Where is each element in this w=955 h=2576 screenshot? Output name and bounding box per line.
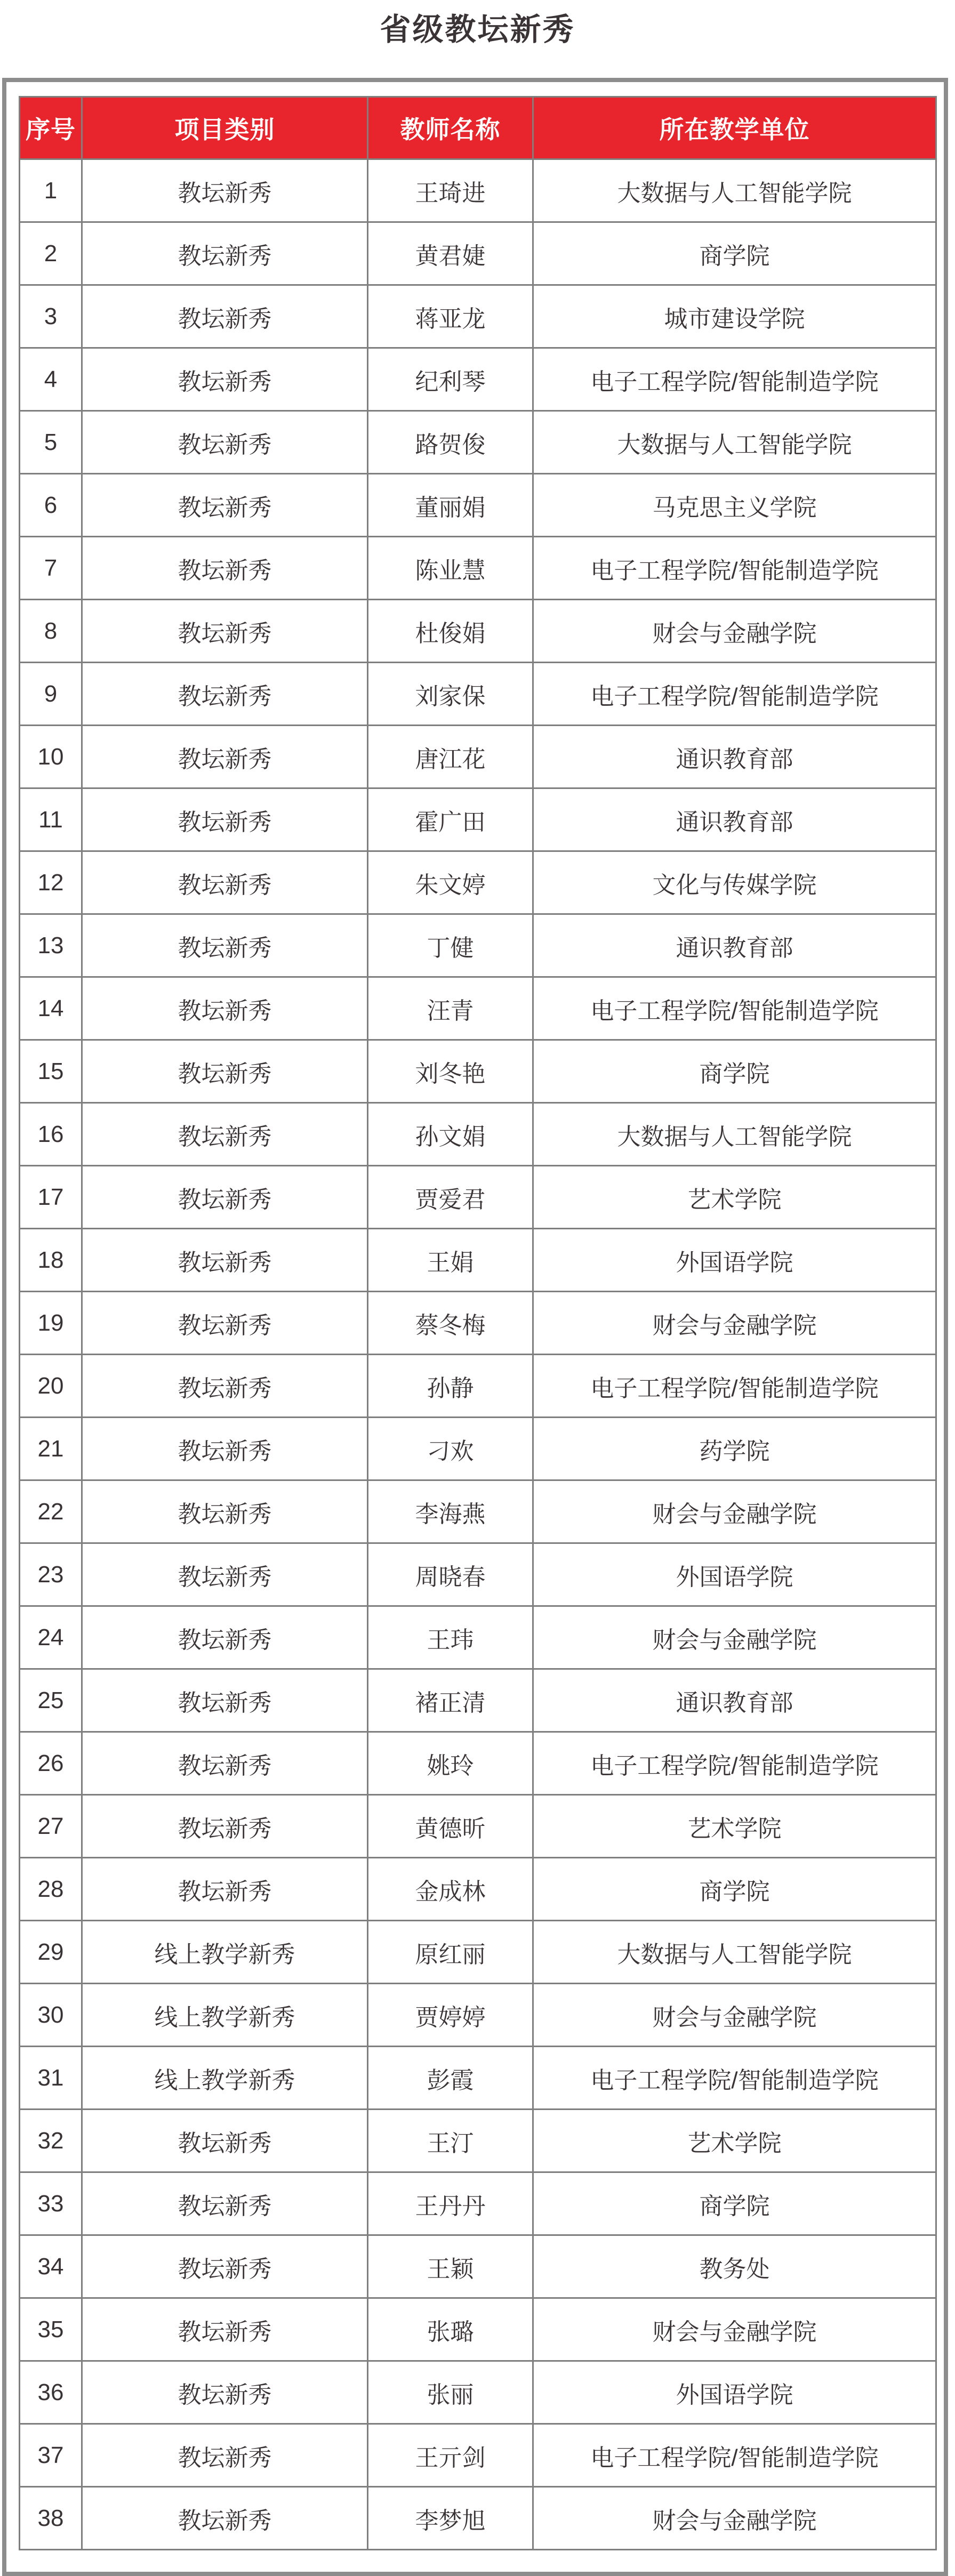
cell-category: 教坛新秀 xyxy=(82,537,368,600)
cell-unit: 电子工程学院/智能制造学院 xyxy=(533,977,936,1040)
cell-name: 贾婷婷 xyxy=(368,1984,533,2047)
cell-name: 刘冬艳 xyxy=(368,1040,533,1103)
table-row: 11 教坛新秀 霍广田 通识教育部 xyxy=(20,788,936,851)
cell-serial: 35 xyxy=(20,2298,82,2361)
table-body: 1 教坛新秀 王琦进 大数据与人工智能学院 2 教坛新秀 黄君婕 商学院 3 教… xyxy=(20,159,936,2550)
cell-unit: 通识教育部 xyxy=(533,726,936,788)
cell-unit: 商学院 xyxy=(533,2172,936,2235)
cell-name: 蒋亚龙 xyxy=(368,285,533,348)
cell-serial: 6 xyxy=(20,474,82,537)
cell-unit: 财会与金融学院 xyxy=(533,2298,936,2361)
table-row: 31 线上教学新秀 彭霞 电子工程学院/智能制造学院 xyxy=(20,2047,936,2110)
cell-serial: 9 xyxy=(20,663,82,726)
cell-unit: 财会与金融学院 xyxy=(533,1984,936,2047)
cell-unit: 电子工程学院/智能制造学院 xyxy=(533,348,936,411)
cell-name: 张丽 xyxy=(368,2361,533,2424)
cell-name: 王玮 xyxy=(368,1606,533,1669)
cell-name: 丁健 xyxy=(368,914,533,977)
cell-unit: 财会与金融学院 xyxy=(533,1480,936,1543)
cell-category: 教坛新秀 xyxy=(82,1480,368,1543)
cell-serial: 16 xyxy=(20,1103,82,1166)
cell-serial: 24 xyxy=(20,1606,82,1669)
cell-name: 褚正清 xyxy=(368,1669,533,1732)
cell-category: 教坛新秀 xyxy=(82,977,368,1040)
cell-name: 王亓剑 xyxy=(368,2424,533,2487)
cell-serial: 1 xyxy=(20,159,82,222)
cell-serial: 4 xyxy=(20,348,82,411)
cell-name: 陈业慧 xyxy=(368,537,533,600)
cell-category: 教坛新秀 xyxy=(82,1795,368,1858)
cell-unit: 电子工程学院/智能制造学院 xyxy=(533,2047,936,2110)
cell-serial: 27 xyxy=(20,1795,82,1858)
cell-name: 孙静 xyxy=(368,1355,533,1418)
cell-category: 教坛新秀 xyxy=(82,1732,368,1795)
cell-name: 黄德昕 xyxy=(368,1795,533,1858)
cell-serial: 14 xyxy=(20,977,82,1040)
table-header: 序号 项目类别 教师名称 所在教学单位 xyxy=(20,97,936,159)
table-row: 24 教坛新秀 王玮 财会与金融学院 xyxy=(20,1606,936,1669)
cell-unit: 大数据与人工智能学院 xyxy=(533,159,936,222)
cell-name: 李梦旭 xyxy=(368,2487,533,2550)
cell-unit: 大数据与人工智能学院 xyxy=(533,1921,936,1984)
cell-serial: 26 xyxy=(20,1732,82,1795)
cell-category: 教坛新秀 xyxy=(82,2172,368,2235)
cell-category: 教坛新秀 xyxy=(82,600,368,663)
cell-unit: 外国语学院 xyxy=(533,1543,936,1606)
cell-name: 刘家保 xyxy=(368,663,533,726)
cell-unit: 艺术学院 xyxy=(533,1166,936,1229)
cell-unit: 商学院 xyxy=(533,222,936,285)
cell-category: 线上教学新秀 xyxy=(82,1921,368,1984)
table-row: 37 教坛新秀 王亓剑 电子工程学院/智能制造学院 xyxy=(20,2424,936,2487)
cell-name: 霍广田 xyxy=(368,788,533,851)
cell-unit: 大数据与人工智能学院 xyxy=(533,1103,936,1166)
cell-serial: 19 xyxy=(20,1292,82,1355)
cell-serial: 31 xyxy=(20,2047,82,2110)
table-row: 27 教坛新秀 黄德昕 艺术学院 xyxy=(20,1795,936,1858)
table-row: 26 教坛新秀 姚玲 电子工程学院/智能制造学院 xyxy=(20,1732,936,1795)
table-row: 17 教坛新秀 贾爱君 艺术学院 xyxy=(20,1166,936,1229)
cell-name: 路贺俊 xyxy=(368,411,533,474)
header-cell-no: 序号 xyxy=(20,97,82,159)
table-row: 12 教坛新秀 朱文婷 文化与传媒学院 xyxy=(20,851,936,914)
cell-serial: 15 xyxy=(20,1040,82,1103)
cell-serial: 34 xyxy=(20,2235,82,2298)
cell-serial: 17 xyxy=(20,1166,82,1229)
table-row: 16 教坛新秀 孙文娟 大数据与人工智能学院 xyxy=(20,1103,936,1166)
table-row: 2 教坛新秀 黄君婕 商学院 xyxy=(20,222,936,285)
table-row: 14 教坛新秀 汪青 电子工程学院/智能制造学院 xyxy=(20,977,936,1040)
cell-serial: 3 xyxy=(20,285,82,348)
table-row: 7 教坛新秀 陈业慧 电子工程学院/智能制造学院 xyxy=(20,537,936,600)
table-row: 13 教坛新秀 丁健 通识教育部 xyxy=(20,914,936,977)
cell-unit: 电子工程学院/智能制造学院 xyxy=(533,663,936,726)
cell-name: 杜俊娟 xyxy=(368,600,533,663)
cell-category: 线上教学新秀 xyxy=(82,2047,368,2110)
header-row: 序号 项目类别 教师名称 所在教学单位 xyxy=(20,97,936,159)
cell-category: 教坛新秀 xyxy=(82,1166,368,1229)
cell-unit: 电子工程学院/智能制造学院 xyxy=(533,1355,936,1418)
cell-name: 彭霞 xyxy=(368,2047,533,2110)
cell-category: 教坛新秀 xyxy=(82,2361,368,2424)
table-row: 20 教坛新秀 孙静 电子工程学院/智能制造学院 xyxy=(20,1355,936,1418)
page: 省级教坛新秀 序号 项目类别 教师名称 所在教学单位 1 教坛新秀 王琦进 大数… xyxy=(0,0,955,2576)
cell-name: 纪利琴 xyxy=(368,348,533,411)
table-row: 19 教坛新秀 蔡冬梅 财会与金融学院 xyxy=(20,1292,936,1355)
cell-serial: 30 xyxy=(20,1984,82,2047)
header-cell-category: 项目类别 xyxy=(82,97,368,159)
cell-category: 教坛新秀 xyxy=(82,1669,368,1732)
cell-category: 教坛新秀 xyxy=(82,1229,368,1292)
cell-name: 周晓春 xyxy=(368,1543,533,1606)
header-cell-name: 教师名称 xyxy=(368,97,533,159)
table-row: 22 教坛新秀 李海燕 财会与金融学院 xyxy=(20,1480,936,1543)
cell-name: 张璐 xyxy=(368,2298,533,2361)
cell-name: 汪青 xyxy=(368,977,533,1040)
cell-name: 姚玲 xyxy=(368,1732,533,1795)
cell-category: 教坛新秀 xyxy=(82,474,368,537)
cell-unit: 财会与金融学院 xyxy=(533,600,936,663)
cell-unit: 大数据与人工智能学院 xyxy=(533,411,936,474)
cell-serial: 10 xyxy=(20,726,82,788)
table-row: 8 教坛新秀 杜俊娟 财会与金融学院 xyxy=(20,600,936,663)
table-wrap: 序号 项目类别 教师名称 所在教学单位 1 教坛新秀 王琦进 大数据与人工智能学… xyxy=(19,96,937,2550)
cell-unit: 通识教育部 xyxy=(533,788,936,851)
table-row: 32 教坛新秀 王汀 艺术学院 xyxy=(20,2110,936,2172)
table-row: 10 教坛新秀 唐江花 通识教育部 xyxy=(20,726,936,788)
cell-name: 黄君婕 xyxy=(368,222,533,285)
cell-category: 教坛新秀 xyxy=(82,159,368,222)
cell-unit: 艺术学院 xyxy=(533,2110,936,2172)
cell-name: 金成林 xyxy=(368,1858,533,1921)
table-row: 25 教坛新秀 褚正清 通识教育部 xyxy=(20,1669,936,1732)
cell-name: 董丽娟 xyxy=(368,474,533,537)
cell-category: 教坛新秀 xyxy=(82,1418,368,1480)
cell-serial: 23 xyxy=(20,1543,82,1606)
cell-unit: 通识教育部 xyxy=(533,914,936,977)
table-row: 5 教坛新秀 路贺俊 大数据与人工智能学院 xyxy=(20,411,936,474)
cell-name: 李海燕 xyxy=(368,1480,533,1543)
cell-serial: 7 xyxy=(20,537,82,600)
cell-serial: 12 xyxy=(20,851,82,914)
cell-name: 唐江花 xyxy=(368,726,533,788)
cell-serial: 2 xyxy=(20,222,82,285)
cell-unit: 财会与金融学院 xyxy=(533,1606,936,1669)
cell-unit: 电子工程学院/智能制造学院 xyxy=(533,537,936,600)
cell-name: 孙文娟 xyxy=(368,1103,533,1166)
cell-category: 教坛新秀 xyxy=(82,2424,368,2487)
cell-serial: 25 xyxy=(20,1669,82,1732)
cell-category: 线上教学新秀 xyxy=(82,1984,368,2047)
cell-serial: 33 xyxy=(20,2172,82,2235)
table-row: 29 线上教学新秀 原红丽 大数据与人工智能学院 xyxy=(20,1921,936,1984)
awards-table: 序号 项目类别 教师名称 所在教学单位 1 教坛新秀 王琦进 大数据与人工智能学… xyxy=(19,96,937,2550)
table-row: 23 教坛新秀 周晓春 外国语学院 xyxy=(20,1543,936,1606)
cell-category: 教坛新秀 xyxy=(82,851,368,914)
table-row: 21 教坛新秀 刁欢 药学院 xyxy=(20,1418,936,1480)
cell-category: 教坛新秀 xyxy=(82,411,368,474)
table-row: 30 线上教学新秀 贾婷婷 财会与金融学院 xyxy=(20,1984,936,2047)
cell-unit: 电子工程学院/智能制造学院 xyxy=(533,2424,936,2487)
cell-name: 蔡冬梅 xyxy=(368,1292,533,1355)
cell-unit: 艺术学院 xyxy=(533,1795,936,1858)
table-row: 15 教坛新秀 刘冬艳 商学院 xyxy=(20,1040,936,1103)
cell-unit: 外国语学院 xyxy=(533,1229,936,1292)
cell-unit: 城市建设学院 xyxy=(533,285,936,348)
cell-category: 教坛新秀 xyxy=(82,1292,368,1355)
table-row: 34 教坛新秀 王颖 教务处 xyxy=(20,2235,936,2298)
cell-serial: 36 xyxy=(20,2361,82,2424)
cell-unit: 商学院 xyxy=(533,1040,936,1103)
cell-serial: 5 xyxy=(20,411,82,474)
table-row: 38 教坛新秀 李梦旭 财会与金融学院 xyxy=(20,2487,936,2550)
cell-unit: 电子工程学院/智能制造学院 xyxy=(533,1732,936,1795)
cell-category: 教坛新秀 xyxy=(82,2487,368,2550)
header-cell-unit: 所在教学单位 xyxy=(533,97,936,159)
table-row: 35 教坛新秀 张璐 财会与金融学院 xyxy=(20,2298,936,2361)
cell-name: 原红丽 xyxy=(368,1921,533,1984)
cell-serial: 29 xyxy=(20,1921,82,1984)
cell-unit: 药学院 xyxy=(533,1418,936,1480)
cell-unit: 通识教育部 xyxy=(533,1669,936,1732)
table-row: 18 教坛新秀 王娟 外国语学院 xyxy=(20,1229,936,1292)
page-title: 省级教坛新秀 xyxy=(0,4,955,49)
cell-serial: 20 xyxy=(20,1355,82,1418)
cell-serial: 21 xyxy=(20,1418,82,1480)
cell-name: 王丹丹 xyxy=(368,2172,533,2235)
cell-category: 教坛新秀 xyxy=(82,1858,368,1921)
cell-unit: 外国语学院 xyxy=(533,2361,936,2424)
cell-unit: 文化与传媒学院 xyxy=(533,851,936,914)
cell-serial: 13 xyxy=(20,914,82,977)
cell-unit: 马克思主义学院 xyxy=(533,474,936,537)
cell-category: 教坛新秀 xyxy=(82,1606,368,1669)
cell-category: 教坛新秀 xyxy=(82,2298,368,2361)
cell-category: 教坛新秀 xyxy=(82,1040,368,1103)
cell-category: 教坛新秀 xyxy=(82,914,368,977)
cell-category: 教坛新秀 xyxy=(82,1543,368,1606)
cell-name: 刁欢 xyxy=(368,1418,533,1480)
cell-category: 教坛新秀 xyxy=(82,2110,368,2172)
table-row: 36 教坛新秀 张丽 外国语学院 xyxy=(20,2361,936,2424)
cell-serial: 18 xyxy=(20,1229,82,1292)
table-row: 9 教坛新秀 刘家保 电子工程学院/智能制造学院 xyxy=(20,663,936,726)
cell-category: 教坛新秀 xyxy=(82,348,368,411)
cell-unit: 财会与金融学院 xyxy=(533,1292,936,1355)
cell-category: 教坛新秀 xyxy=(82,663,368,726)
table-row: 33 教坛新秀 王丹丹 商学院 xyxy=(20,2172,936,2235)
cell-serial: 28 xyxy=(20,1858,82,1921)
table-row: 4 教坛新秀 纪利琴 电子工程学院/智能制造学院 xyxy=(20,348,936,411)
cell-category: 教坛新秀 xyxy=(82,1355,368,1418)
cell-unit: 财会与金融学院 xyxy=(533,2487,936,2550)
cell-name: 贾爱君 xyxy=(368,1166,533,1229)
table-row: 1 教坛新秀 王琦进 大数据与人工智能学院 xyxy=(20,159,936,222)
cell-category: 教坛新秀 xyxy=(82,1103,368,1166)
cell-category: 教坛新秀 xyxy=(82,788,368,851)
cell-name: 王颖 xyxy=(368,2235,533,2298)
cell-name: 朱文婷 xyxy=(368,851,533,914)
table-row: 6 教坛新秀 董丽娟 马克思主义学院 xyxy=(20,474,936,537)
table-row: 28 教坛新秀 金成林 商学院 xyxy=(20,1858,936,1921)
cell-name: 王汀 xyxy=(368,2110,533,2172)
cell-serial: 8 xyxy=(20,600,82,663)
cell-category: 教坛新秀 xyxy=(82,726,368,788)
cell-serial: 38 xyxy=(20,2487,82,2550)
cell-name: 王娟 xyxy=(368,1229,533,1292)
cell-unit: 商学院 xyxy=(533,1858,936,1921)
cell-name: 王琦进 xyxy=(368,159,533,222)
cell-serial: 32 xyxy=(20,2110,82,2172)
cell-unit: 教务处 xyxy=(533,2235,936,2298)
cell-category: 教坛新秀 xyxy=(82,222,368,285)
cell-serial: 11 xyxy=(20,788,82,851)
table-row: 3 教坛新秀 蒋亚龙 城市建设学院 xyxy=(20,285,936,348)
cell-category: 教坛新秀 xyxy=(82,285,368,348)
cell-category: 教坛新秀 xyxy=(82,2235,368,2298)
cell-serial: 37 xyxy=(20,2424,82,2487)
cell-serial: 22 xyxy=(20,1480,82,1543)
